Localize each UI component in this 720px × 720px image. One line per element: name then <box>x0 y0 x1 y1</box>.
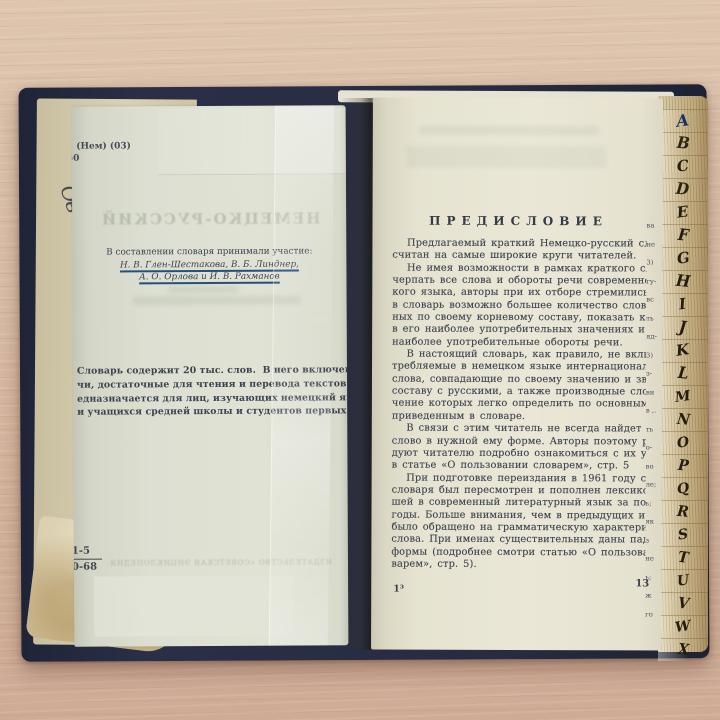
tab-letter-label: E <box>676 201 690 223</box>
edge-fragment: як <box>645 512 663 531</box>
edge-fragment: не <box>645 549 663 568</box>
tab-letter-label: X <box>676 639 689 662</box>
annotation-line: едназначается для лиц, изучающих немецки… <box>77 390 348 406</box>
paragraph-line: слова. При именах существительных даны п… <box>391 534 645 547</box>
edge-fragment: в ,. <box>646 401 663 420</box>
thumb-tab: T <box>658 546 708 569</box>
thumb-tab: F <box>658 224 708 247</box>
show-through-publisher: ИЗДАТЕЛЬСТВО «СОВЕТСКАЯ ЭНЦИКЛОПЕДИЯ» <box>108 557 332 567</box>
thumb-tab: E <box>658 201 708 224</box>
show-through-smudge <box>419 126 599 136</box>
edge-fragment: ва <box>646 216 662 235</box>
tab-letter-label: N <box>675 409 690 432</box>
thumb-tab: D <box>658 178 708 201</box>
thumb-tab: U <box>658 569 708 592</box>
right-page: ПРЕДИСЛОВИЕ Предлагаемый краткий Немецко… <box>371 97 663 650</box>
edge-fragment: ть <box>646 420 663 439</box>
thumb-tab: R <box>658 500 708 523</box>
show-through-smudge <box>407 146 607 169</box>
edge-fragment: ви <box>646 383 663 402</box>
paragraph-line: считан на самые широкие круги читателей. <box>392 250 646 263</box>
paragraph-line: чение которых легко определить по основн… <box>392 398 646 411</box>
tab-letter-label: S <box>677 524 690 545</box>
paragraph-line: было обращено на грамматическую характер… <box>391 521 645 534</box>
paragraph-line: Не имея возможности в рамках краткого сл… <box>392 262 646 275</box>
contributors-names-line-2: А. О. Орлова и И. В. Рахманов <box>72 270 346 284</box>
page-title: ПРЕДИСЛОВИЕ <box>393 214 645 229</box>
preface-text-block: Предлагаемый краткий Немецко-русский сло… <box>391 238 646 572</box>
tab-letter-label: А <box>675 109 691 132</box>
library-code: 1 (Нем) (03) 50 <box>72 140 131 164</box>
paragraph-line: слово в нужной ему форме. Авторы поэтому… <box>392 435 646 448</box>
edge-fragment: ть <box>646 309 663 328</box>
thumb-tab: J <box>658 316 708 339</box>
tab-letter-label: В <box>676 132 691 156</box>
thumb-tab: H <box>658 270 708 293</box>
print-code: 1-5 0-68 <box>72 545 102 574</box>
edge-fragment: не <box>646 235 663 254</box>
annotation-line: и учащихся средней школы и студентов пер… <box>77 404 348 420</box>
annotation-line: чи, достаточные для чтения и перевода те… <box>77 376 348 392</box>
tab-letter-label: M <box>674 386 692 408</box>
paragraph-line: в словарь возможно большее количество сл… <box>392 299 646 312</box>
paragraph-line: В связи с этим читатель не всегда найдет… <box>392 423 646 436</box>
thumb-tab: Q <box>658 477 708 500</box>
edge-fragment: гу- <box>646 272 663 291</box>
tab-letter-label: R <box>676 501 690 524</box>
thumb-tab: M <box>658 385 708 408</box>
edge-fragment: 3) <box>646 253 663 272</box>
paragraph-line: слова, совпадающие по своему значению и … <box>392 373 646 386</box>
tape-strip <box>158 107 346 175</box>
paragraph-line: варем», стр. 5). <box>391 559 645 572</box>
annotation-block: Словарь содержит 20 тыс. слов. В него вк… <box>77 363 348 420</box>
thumb-tab: P <box>658 454 708 477</box>
tab-letter-label: T <box>677 547 690 570</box>
paragraph-line: дуют читателю подробно ознакомиться с их… <box>392 447 646 460</box>
show-through-title: НЕМЕЦКО-РУССКИЙ <box>90 209 330 228</box>
paragraph-line: шей в современный литературный язык за п… <box>392 497 646 510</box>
edge-fragment: ле; <box>646 475 663 494</box>
edge-fragment: 3) <box>646 346 663 365</box>
paragraph-line: В настоящий словарь, как правило, не вкл… <box>392 349 646 362</box>
clipped-text-fragments: ване3)гу-встьяд-3)з-вив ,.тьо-воле;ь;якз… <box>645 216 663 623</box>
tab-letter-label: F <box>677 224 690 248</box>
paragraph-line: в его наиболее употребительных значениях… <box>392 324 646 337</box>
paragraph-line: годы. Больше внимания, чем в предыдущих … <box>391 509 645 522</box>
thumb-tab: L <box>658 362 708 385</box>
tab-letter-label: L <box>677 362 690 386</box>
thumb-tab: X <box>658 638 708 661</box>
contributors-heading: В составлении словаря принимали участие: <box>72 245 346 259</box>
signature-mark: 1³ <box>393 584 404 595</box>
paragraph-line: требляемые в немецком языке интернациона… <box>392 361 646 374</box>
paragraph-line: наиболее употребительные обороты речи. <box>392 336 646 349</box>
thumb-tab: С <box>658 155 708 178</box>
tab-letter-label: U <box>676 570 691 592</box>
edge-fragment: о- <box>646 438 663 457</box>
paragraph-line: При подготовке переиздания в 1961 году с… <box>392 472 646 485</box>
thumb-tab: V <box>658 592 708 615</box>
tape-strip <box>94 576 294 637</box>
edge-fragment: ь; <box>646 494 663 513</box>
paragraph-line: ных по своему корневому составу, показат… <box>392 312 646 325</box>
edge-fragment: яд- <box>646 327 663 346</box>
tab-letter-label: I <box>678 294 688 316</box>
tab-letter-label: P <box>677 455 690 478</box>
annotation-line: Словарь содержит 20 тыс. слов. В него вк… <box>77 363 348 379</box>
paragraph-line: формы (подробнее смотри статью «О пользо… <box>391 546 645 559</box>
tab-letter-label: G <box>675 247 691 270</box>
paragraph-line: составу с русскими, а также производные … <box>392 386 646 399</box>
edge-fragment: го <box>645 605 663 624</box>
edge-fragment: з <box>645 531 663 550</box>
tab-letter-label: O <box>676 432 691 454</box>
tab-letter-label: Q <box>676 478 691 500</box>
paragraph-line: кого языка, авторы при их отборе стремил… <box>392 287 646 300</box>
open-book: Ов 1 (Нем) (03) 50 НЕМЕЦКО-РУССКИЙ В сос… <box>20 86 708 660</box>
left-page: 1 (Нем) (03) 50 НЕМЕЦКО-РУССКИЙ В состав… <box>72 105 349 646</box>
edge-fragment: ь; <box>645 568 663 587</box>
thumb-tab: А <box>658 109 708 132</box>
print-code-bottom: 0-68 <box>72 561 102 574</box>
edge-fragment: во <box>646 457 663 476</box>
tab-letter-label: K <box>675 339 691 362</box>
photo-of-open-dictionary: { "left_page": { "library_code": "1 (Нем… <box>0 0 720 720</box>
contributors-block: В составлении словаря принимали участие:… <box>72 245 346 284</box>
show-through-smudge <box>133 296 301 306</box>
edge-fragment: вс <box>646 290 663 309</box>
thumb-tab: I <box>658 293 708 316</box>
paragraph-line: Предлагаемый краткий Немецко-русский сло… <box>392 238 646 251</box>
print-code-rule <box>72 559 102 560</box>
tab-letter-label: С <box>676 155 691 177</box>
tab-letter-label: V <box>676 593 689 616</box>
fore-edge-thumb-index: А В С D E F G H I J K L <box>658 96 708 652</box>
tab-letter-label: J <box>678 316 687 339</box>
thumb-tab: O <box>658 431 708 454</box>
thumb-tab: N <box>658 408 708 431</box>
paragraph-line: приведенным в словаре. <box>392 410 646 423</box>
thumb-tab: В <box>658 132 708 155</box>
edge-fragment: з- <box>646 364 663 383</box>
print-code-top: 1-5 <box>72 545 102 558</box>
tab-letter-label: W <box>674 616 692 638</box>
paragraph-line: в статье «О пользовании словарем», стр. … <box>392 460 646 473</box>
paragraph-line: словаря был пересмотрен и пополнен лекси… <box>392 484 646 497</box>
show-through-smudge <box>169 286 239 293</box>
thumb-tab: G <box>658 247 708 270</box>
tab-letter-label: H <box>675 269 691 293</box>
paragraph-line: черпать все слова и обороты речи совреме… <box>392 275 646 288</box>
thumb-tab: S <box>658 523 708 546</box>
thumb-tab: W <box>658 615 708 638</box>
tab-letter-label: D <box>675 178 690 202</box>
thumb-tab: K <box>658 339 708 362</box>
edge-fragment: ж <box>645 586 663 605</box>
